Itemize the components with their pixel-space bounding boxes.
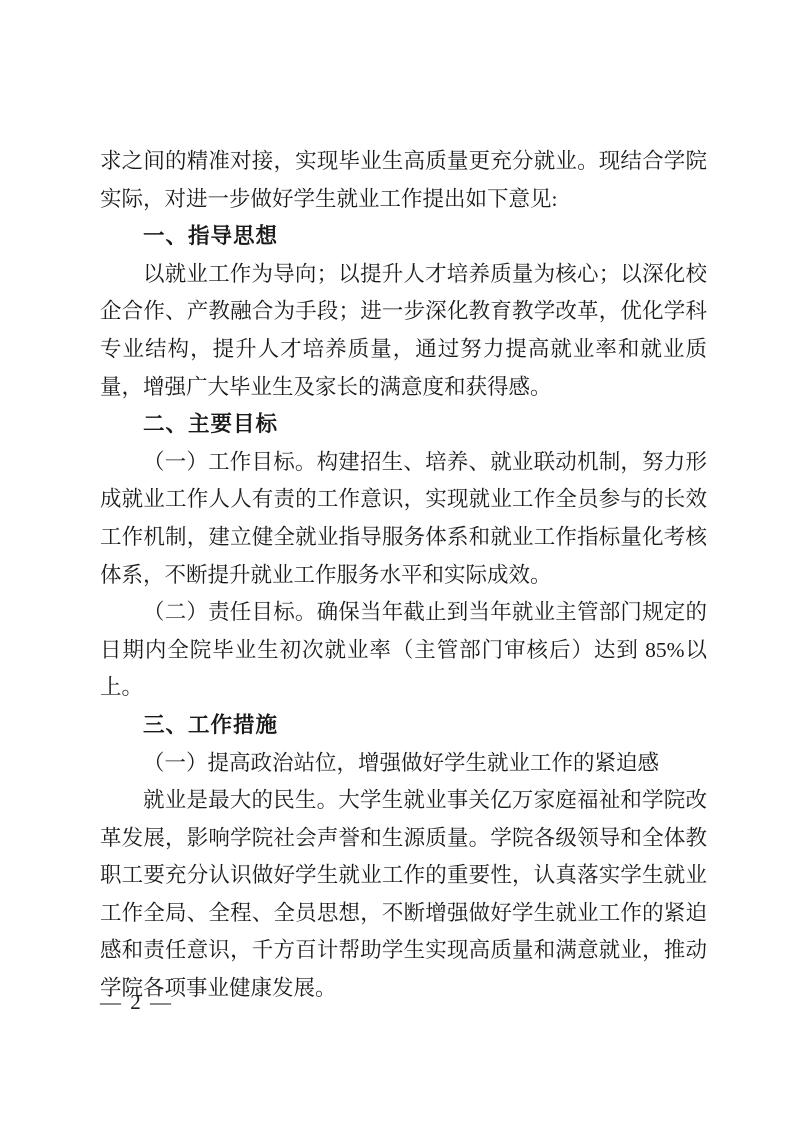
- section-heading-1: 一、指导思想: [100, 218, 707, 256]
- paragraph: （一）工作目标。构建招生、培养、就业联动机制，努力形成就业工作人人有责的工作意识…: [100, 444, 707, 594]
- paragraph: （二）责任目标。确保当年截止到当年就业主管部门规定的日期内全院毕业生初次就业率（…: [100, 594, 707, 707]
- paragraph-continued: 求之间的精准对接，实现毕业生高质量更充分就业。现结合学院实际，对进一步做好学生就…: [100, 143, 707, 218]
- document-content: 求之间的精准对接，实现毕业生高质量更充分就业。现结合学院实际，对进一步做好学生就…: [100, 143, 707, 1008]
- section-heading-2: 二、主要目标: [100, 406, 707, 444]
- paragraph: 就业是最大的民生。大学生就业事关亿万家庭福祉和学院改革发展，影响学院社会声誉和生…: [100, 782, 707, 1008]
- document-page: 求之间的精准对接，实现毕业生高质量更充分就业。现结合学院实际，对进一步做好学生就…: [0, 0, 793, 1122]
- section-heading-3: 三、工作措施: [100, 707, 707, 745]
- paragraph: 以就业工作为导向；以提升人才培养质量为核心；以深化校企合作、产教融合为手段；进一…: [100, 256, 707, 406]
- page-number: — 2 —: [100, 984, 173, 1021]
- subsection-heading: （一）提高政治站位，增强做好学生就业工作的紧迫感: [100, 745, 707, 783]
